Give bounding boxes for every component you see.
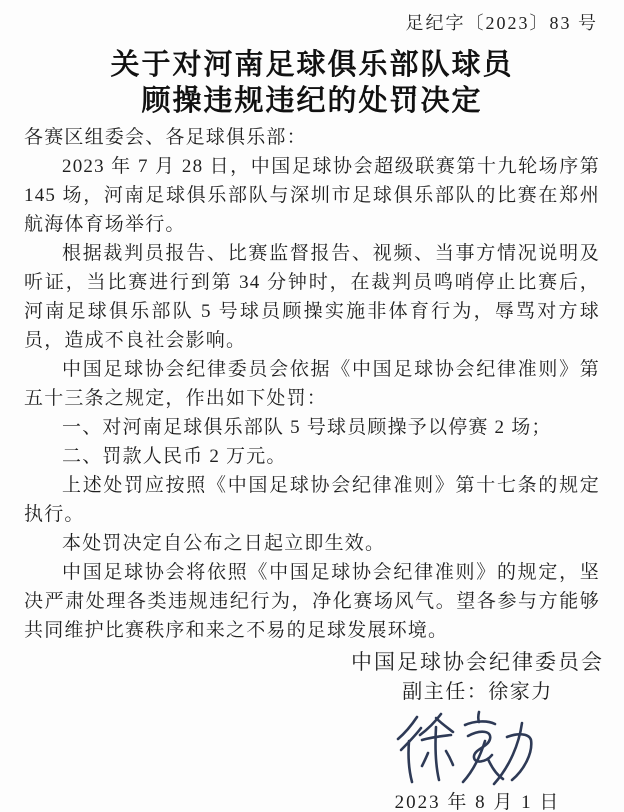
paragraph: 一、对河南足球俱乐部队 5 号球员顾操予以停赛 2 场； — [24, 413, 600, 442]
doc-title-line2: 顾操违规违纪的处罚决定 — [0, 83, 624, 119]
doc-number: 足纪字〔2023〕83 号 — [0, 0, 624, 35]
paragraph: 2023 年 7 月 28 日，中国足球协会超级联赛第十九轮场序第 145 场，… — [24, 152, 600, 239]
paragraph: 上述处罚应按照《中国足球协会纪律准则》第十七条的规定执行。 — [24, 471, 600, 529]
doc-title-line1: 关于对河南足球俱乐部队球员 — [0, 47, 624, 83]
salutation: 各赛区组委会、各足球俱乐部： — [24, 123, 600, 152]
paragraph: 根据裁判员报告、比赛监督报告、视频、当事方情况说明及听证，当比赛进行到第 34 … — [24, 239, 600, 355]
signoff-block: 中国足球协会纪律委员会 副主任：徐家力 2023 年 8 月 1 — [351, 647, 604, 812]
signature-ink-icon — [386, 709, 546, 787]
doc-body: 各赛区组委会、各足球俱乐部： 2023 年 7 月 28 日，中国足球协会超级联… — [0, 123, 624, 645]
signoff-org: 中国足球协会纪律委员会 — [351, 647, 604, 677]
signoff-signer: 副主任：徐家力 — [351, 677, 604, 707]
paragraph: 本处罚决定自公布之日起立即生效。 — [24, 529, 600, 558]
paragraph: 中国足球协会纪律委员会依据《中国足球协会纪律准则》第五十三条之规定，作出如下处罚… — [24, 355, 600, 413]
paragraph: 中国足球协会将依照《中国足球协会纪律准则》的规定，坚决严肃处理各类违规违纪行为，… — [24, 558, 600, 645]
doc-title: 关于对河南足球俱乐部队球员 顾操违规违纪的处罚决定 — [0, 47, 624, 119]
paragraph: 二、罚款人民币 2 万元。 — [24, 442, 600, 471]
handwritten-signature — [386, 709, 546, 787]
signoff-date: 2023 年 8 月 1 日 — [351, 789, 604, 812]
